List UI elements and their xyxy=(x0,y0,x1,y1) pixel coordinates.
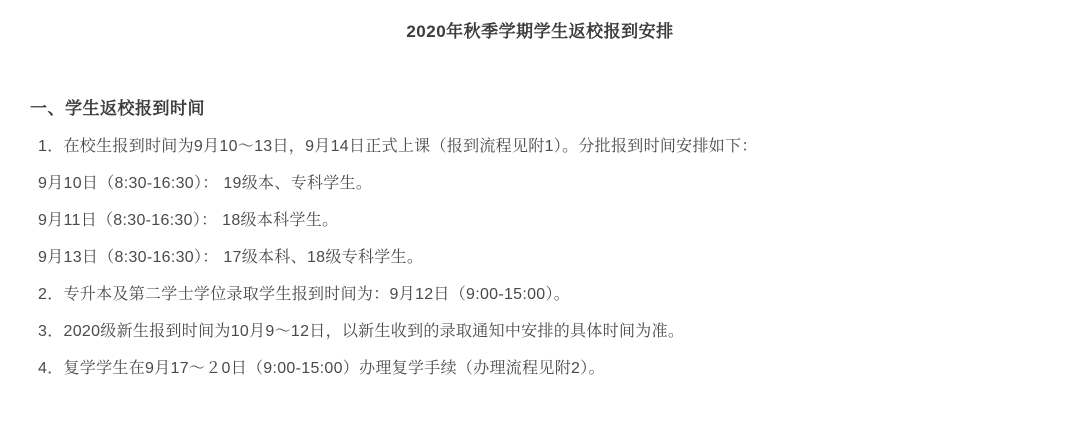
paragraph-item-2: 2．专升本及第二学士学位录取学生报到时间为：9月12日（9:00-15:00）。 xyxy=(38,284,1040,306)
paragraph-schedule-sep10: 9月10日（8:30-16:30）： 19级本、专科学生。 xyxy=(38,173,1040,195)
paragraph-schedule-sep13: 9月13日（8:30-16:30）： 17级本科、18级专科学生。 xyxy=(38,247,1040,269)
paragraph-item-3: 3．2020级新生报到时间为10月9～12日，以新生收到的录取通知中安排的具体时… xyxy=(38,321,1040,343)
paragraph-schedule-sep11: 9月11日（8:30-16:30）： 18级本科学生。 xyxy=(38,210,1040,232)
notice-document: 2020年秋季学期学生返校报到安排 一、学生返校报到时间 1．在校生报到时间为9… xyxy=(0,0,1080,436)
page-title: 2020年秋季学期学生返校报到安排 xyxy=(0,0,1080,44)
section-heading: 一、学生返校报到时间 xyxy=(30,97,1080,121)
paragraph-item-1: 1．在校生报到时间为9月10～13日，9月14日正式上课（报到流程见附1）。分批… xyxy=(38,136,1040,158)
notice-body: 1．在校生报到时间为9月10～13日，9月14日正式上课（报到流程见附1）。分批… xyxy=(0,136,1080,380)
paragraph-item-4: 4．复学学生在9月17～２0日（9:00-15:00）办理复学手续（办理流程见附… xyxy=(38,358,1040,380)
